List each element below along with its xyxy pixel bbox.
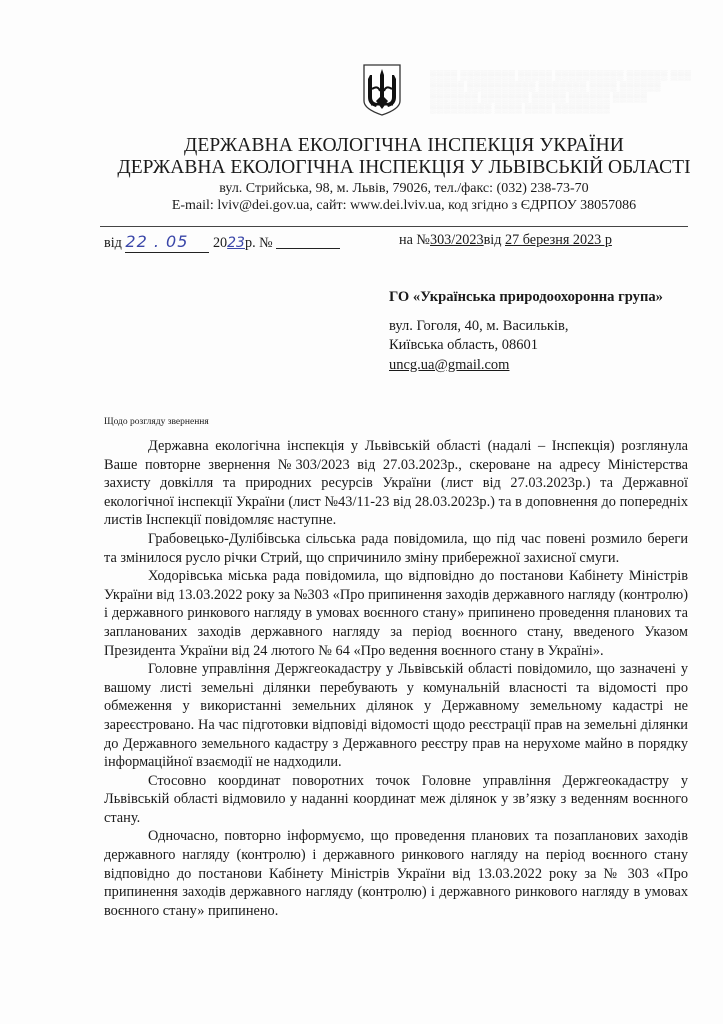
date-field: 22 . 05 [125,232,209,253]
header-divider [100,226,688,227]
paragraph: Грабовецько-Дулібівська сільська рада по… [104,530,688,567]
trident-coat-of-arms-icon [362,63,402,117]
paragraph: Одночасно, повторно інформуємо, що прове… [104,827,688,920]
reply-date: 27 березня 2023 р [505,232,612,248]
reply-from-label: від [484,232,502,248]
year-suffix: р. № [245,235,273,251]
reply-number: 303/2023 [430,232,484,248]
letterhead-title-national: ДЕРЖАВНА ЕКОЛОГІЧНА ІНСПЕКЦІЯ УКРАЇНИ [0,135,723,157]
recipient-block: ГО «Українська природоохоронна група» ву… [389,288,663,375]
letterhead-address: вул. Стрийська, 98, м. Львів, 79026, тел… [0,181,723,197]
bleed-through-text: ▒▒▒▒ ▒▒▒▒▒▒▒▒ ▒▒▒▒▒ ▒▒▒▒▒▒▒▒▒▒ ▒▒▒▒▒▒ ▒▒… [430,70,720,114]
handwritten-date: 22 . 05 [125,232,188,251]
recipient-region: Київська область, 08601 [389,336,663,356]
paragraph: Головне управління Держгеокадастру у Льв… [104,660,688,772]
outgoing-registration: від 22 . 05 2023р. № [104,232,340,253]
year-prefix: 20 [213,235,227,251]
subject-line: Щодо розгляду звернення [104,417,209,427]
outgoing-number-blank [276,234,340,249]
letterhead-contacts: E-mail: lviv@dei.gov.ua, сайт: www.dei.l… [0,198,723,214]
handwritten-year: 23 [227,235,245,251]
paragraph: Стосовно координат поворотних точок Голо… [104,772,688,828]
recipient-organization: ГО «Українська природоохоронна група» [389,288,663,308]
letterhead-title-regional: ДЕРЖАВНА ЕКОЛОГІЧНА ІНСПЕКЦІЯ У ЛЬВІВСЬК… [0,157,723,179]
from-label: від [104,235,122,251]
reply-label: на № [399,232,430,248]
paragraph: Державна екологічна інспекція у Львівськ… [104,437,688,530]
incoming-reference: на №303/2023від 27 березня 2023 р [399,232,612,249]
paragraph: Ходорівська міська рада повідомила, що в… [104,567,688,660]
recipient-email-link[interactable]: uncg.ua@gmail.com [389,356,663,376]
recipient-street: вул. Гоголя, 40, м. Васильків, [389,317,663,337]
letter-page: ▒▒▒▒ ▒▒▒▒▒▒▒▒ ▒▒▒▒▒ ▒▒▒▒▒▒▒▒▒▒ ▒▒▒▒▒▒ ▒▒… [0,0,723,1024]
letter-body: Державна екологічна інспекція у Львівськ… [104,437,688,920]
